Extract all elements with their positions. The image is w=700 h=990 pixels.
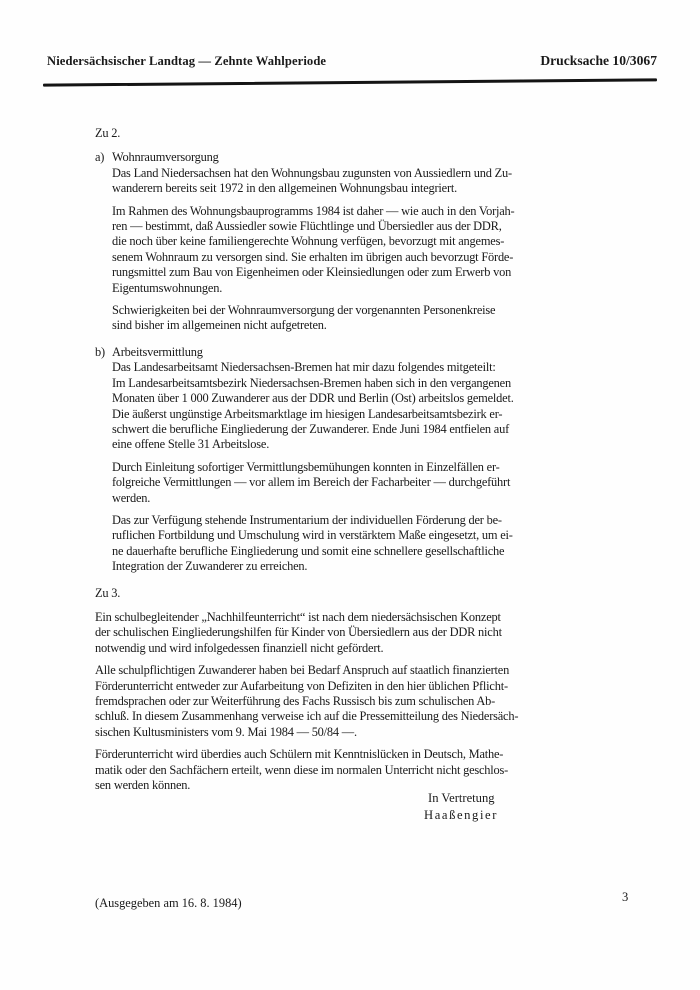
item-body-arbeitsvermittlung: Arbeitsvermittlung Das Landesarbeitsamt … bbox=[112, 345, 555, 575]
paragraph: Das Land Niedersachsen hat den Wohnungsb… bbox=[112, 166, 555, 197]
paragraph: Schwierigkeiten bei der Wohnraumversorgu… bbox=[112, 303, 555, 334]
page-header: Niedersächsischer Landtag — Zehnte Wahlp… bbox=[47, 53, 657, 69]
item-title-wohnraumversorgung: Wohnraumversorgung bbox=[112, 150, 555, 165]
page-number: 3 bbox=[622, 890, 628, 905]
paragraph: Das Landesarbeitsamt Niedersachsen-Breme… bbox=[112, 360, 555, 452]
issue-date: (Ausgegeben am 16. 8. 1984) bbox=[95, 896, 242, 911]
paragraph: Förderunterricht wird überdies auch Schü… bbox=[95, 747, 555, 793]
signature-name: Haaßengier bbox=[424, 807, 498, 824]
item-body-wohnraumversorgung: Wohnraumversorgung Das Land Niedersachse… bbox=[112, 150, 555, 333]
item-title-arbeitsvermittlung: Arbeitsvermittlung bbox=[112, 345, 555, 360]
section-label-zu-2: Zu 2. bbox=[95, 126, 555, 141]
paragraph: Das zur Verfügung stehende Instrumentari… bbox=[112, 513, 555, 575]
item-marker-b: b) bbox=[95, 345, 112, 575]
paragraph: Durch Einleitung sofortiger Vermittlungs… bbox=[112, 460, 555, 506]
header-rule bbox=[43, 78, 657, 86]
paragraph: Im Rahmen des Wohnungsbauprogramms 1984 … bbox=[112, 204, 555, 296]
header-parliament-title: Niedersächsischer Landtag — Zehnte Wahlp… bbox=[47, 54, 326, 69]
section-label-zu-3: Zu 3. bbox=[95, 586, 555, 601]
list-item-b: b) Arbeitsvermittlung Das Landesarbeitsa… bbox=[95, 345, 555, 575]
header-drucksache-number: Drucksache 10/3067 bbox=[540, 53, 657, 69]
paragraph: Ein schulbegleitender „Nachhilfeunterric… bbox=[95, 610, 555, 656]
paragraph: Alle schulpflichtigen Zuwanderer haben b… bbox=[95, 663, 555, 740]
document-body: Zu 2. a) Wohnraumversorgung Das Land Nie… bbox=[95, 126, 555, 793]
item-marker-a: a) bbox=[95, 150, 112, 333]
signature-role: In Vertretung bbox=[424, 790, 498, 807]
list-item-a: a) Wohnraumversorgung Das Land Niedersac… bbox=[95, 150, 555, 333]
document-page: Niedersächsischer Landtag — Zehnte Wahlp… bbox=[0, 0, 700, 990]
signature-block: In Vertretung Haaßengier bbox=[424, 790, 498, 824]
